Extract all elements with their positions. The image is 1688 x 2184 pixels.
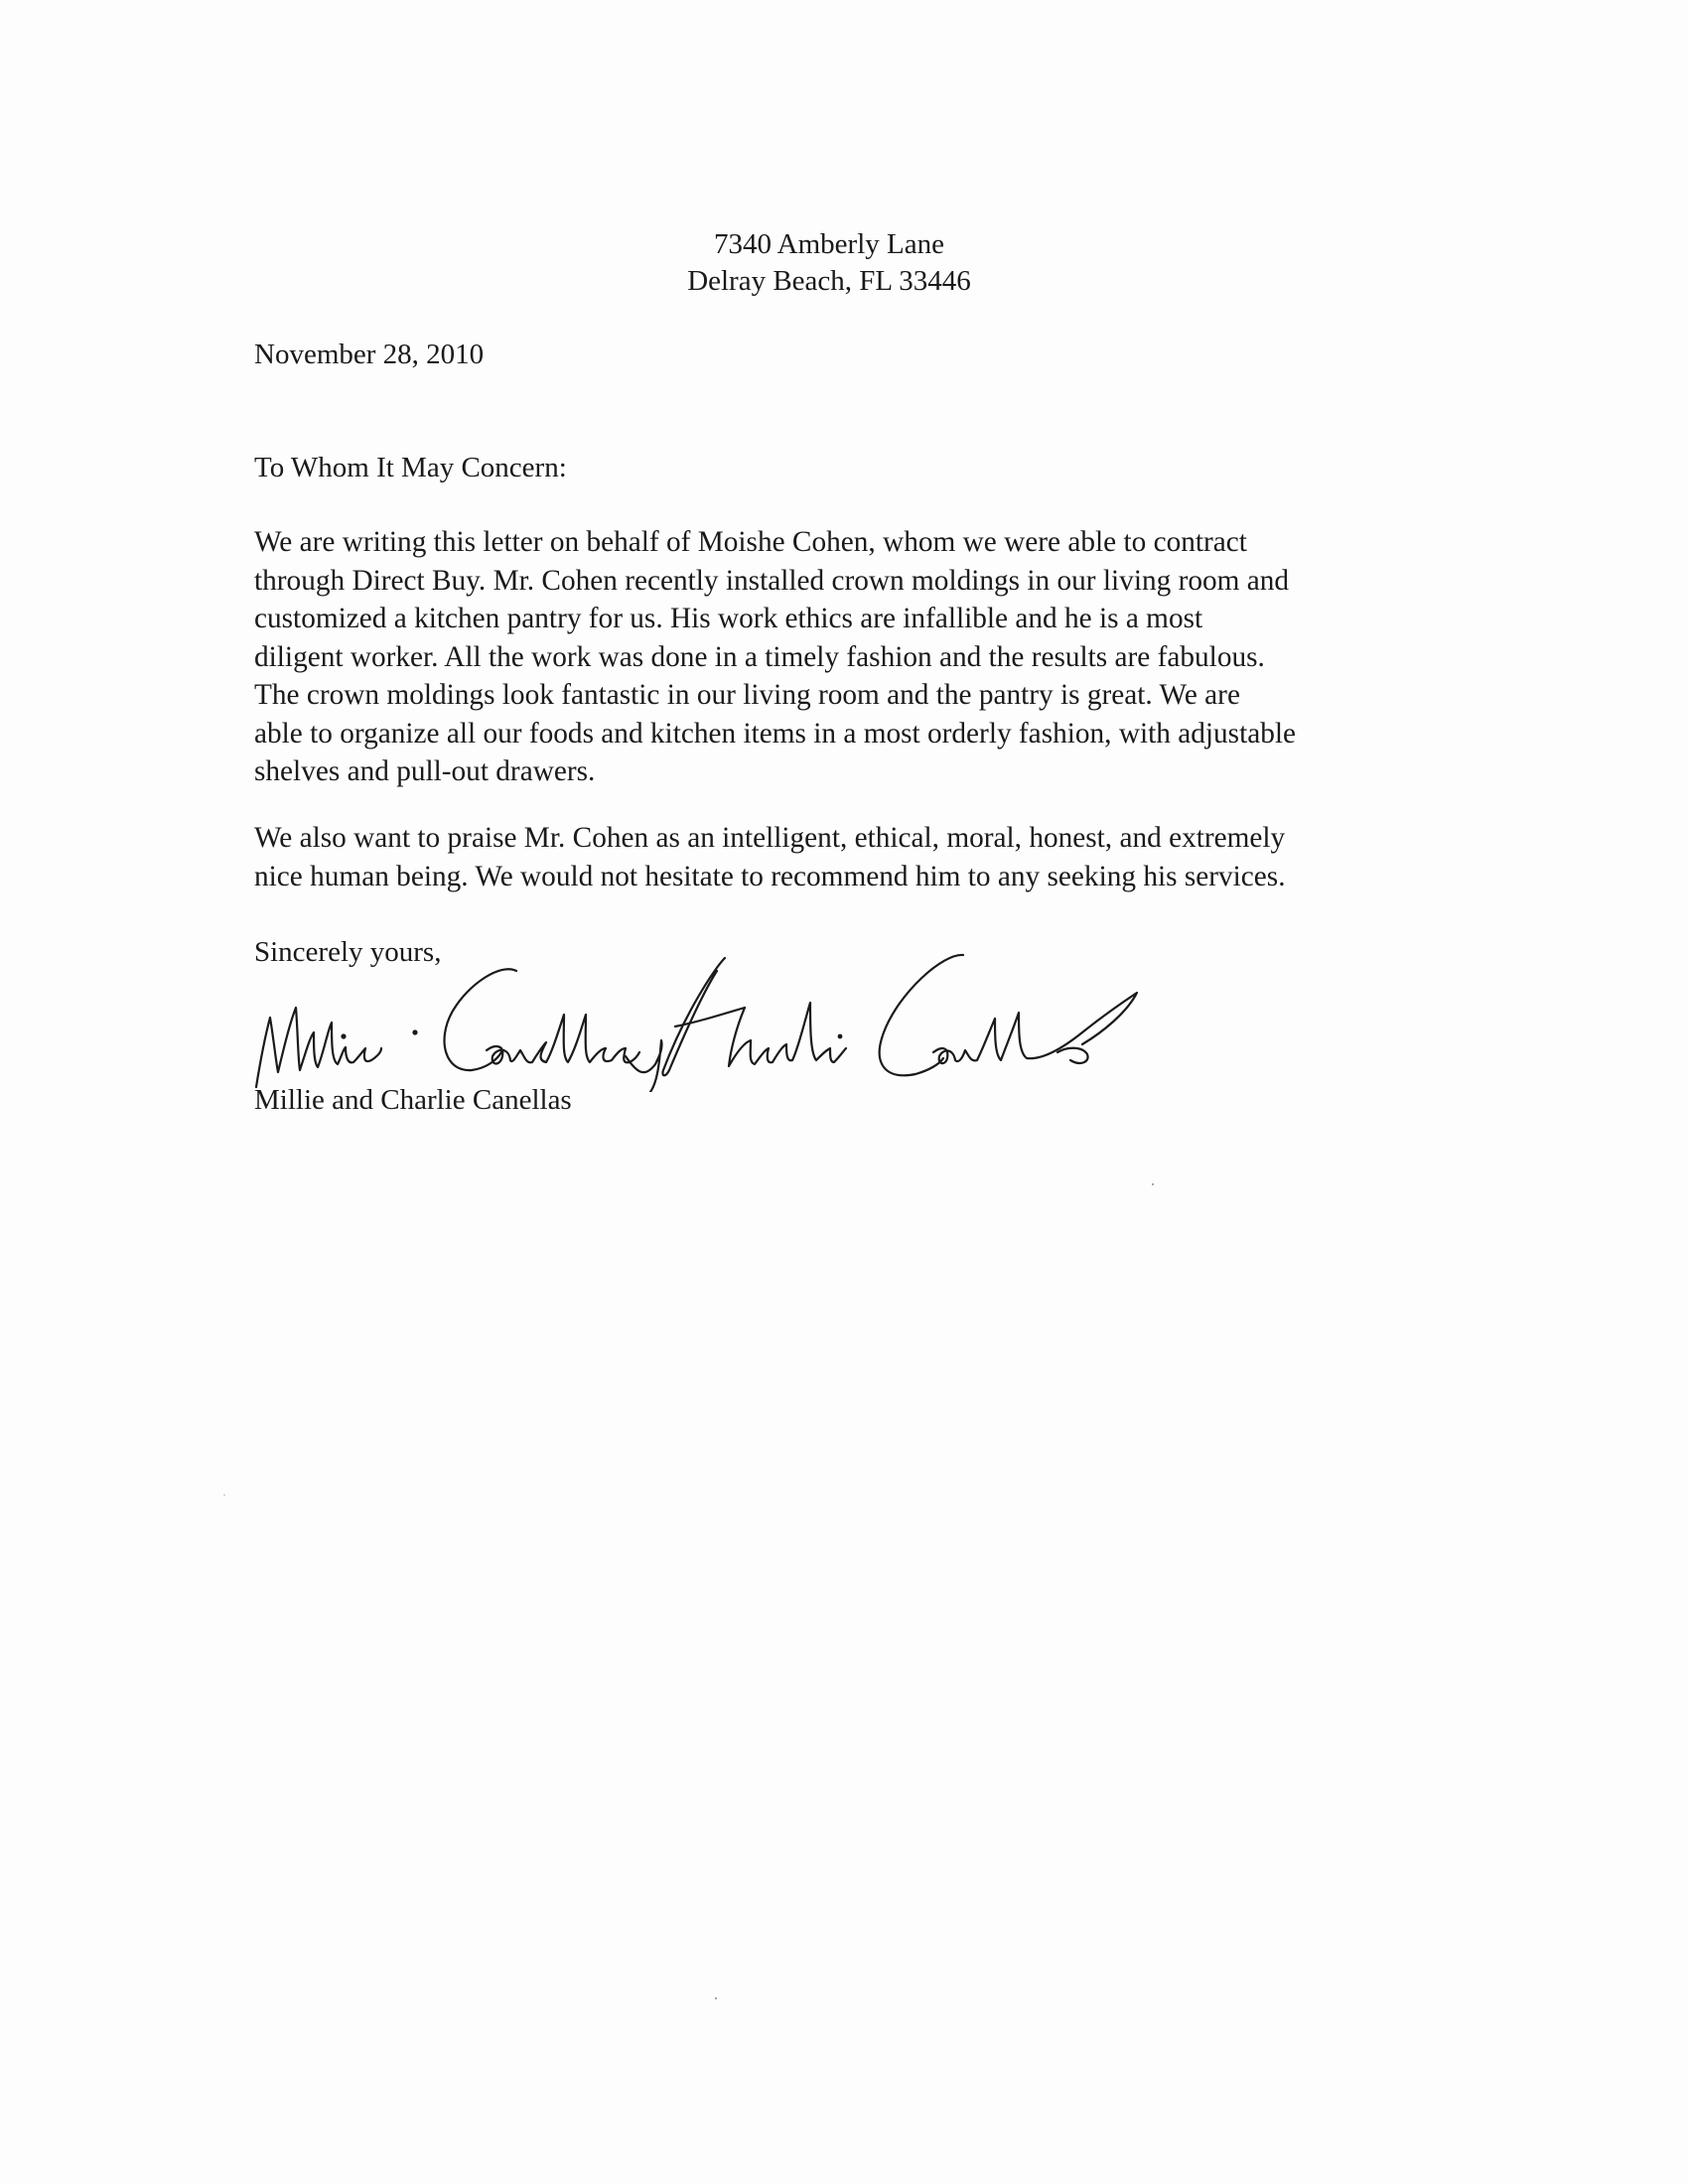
paragraph-line: able to organize all our foods and kitch… (254, 715, 1446, 753)
letter-page: 7340 Amberly Lane Delray Beach, FL 33446… (0, 0, 1688, 2184)
paragraph-line: through Direct Buy. Mr. Cohen recently i… (254, 562, 1446, 601)
paragraph-line: We also want to praise Mr. Cohen as an i… (254, 819, 1446, 858)
address-line-2: Delray Beach, FL 33446 (0, 263, 1658, 300)
scan-speck (223, 1494, 225, 1496)
paragraph-line: shelves and pull-out drawers. (254, 752, 1446, 791)
paragraph-1: We are writing this letter on behalf of … (254, 523, 1446, 791)
paragraph-line: We are writing this letter on behalf of … (254, 523, 1446, 562)
address-line-1: 7340 Amberly Lane (0, 226, 1658, 263)
paragraph-line: nice human being. We would not hesitate … (254, 858, 1446, 896)
paragraph-2: We also want to praise Mr. Cohen as an i… (254, 819, 1446, 895)
scan-speck (715, 1997, 717, 1999)
printed-signatory-name: Millie and Charlie Canellas (254, 1084, 572, 1117)
letter-date: November 28, 2010 (254, 339, 484, 371)
handwritten-signature (248, 953, 1182, 1092)
paragraph-line: diligent worker. All the work was done i… (254, 638, 1446, 677)
paragraph-line: The crown moldings look fantastic in our… (254, 676, 1446, 715)
paragraph-line: customized a kitchen pantry for us. His … (254, 600, 1446, 638)
sender-address: 7340 Amberly Lane Delray Beach, FL 33446 (0, 226, 1658, 300)
salutation: To Whom It May Concern: (254, 452, 567, 484)
scan-speck (1152, 1183, 1154, 1185)
